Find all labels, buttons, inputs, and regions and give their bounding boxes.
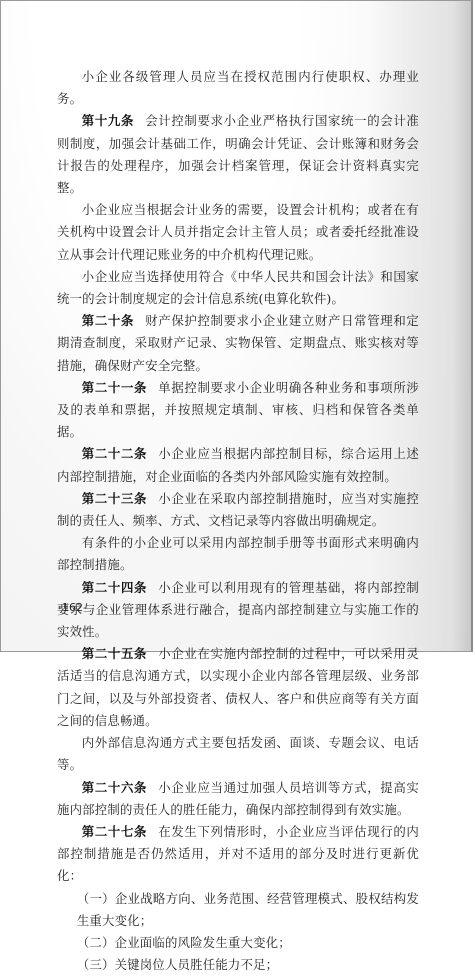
article-number: 第二十五条 bbox=[82, 646, 147, 654]
paragraph-text: 小企业应当根据会计业务的需要，设置会计机构；或者在有关机构中设置会计人员并指定会… bbox=[57, 202, 419, 261]
paragraph: 第二十五条小企业在实施内部控制的过程中，可以采用灵活适当的信息沟通方式，以实现小… bbox=[57, 643, 419, 654]
article-number: 第二十二条 bbox=[82, 446, 147, 461]
paragraph: 小企业应当选择使用符合《中华人民共和国会计法》和国家统一的会计制度规定的会计信息… bbox=[57, 266, 419, 310]
paragraph-text: 小企业各级管理人员应当在授权范围内行使职权、办理业务。 bbox=[57, 69, 419, 106]
paragraph: 有条件的小企业可以采用内部控制手册等书面形式来明确内部控制措施。 bbox=[57, 532, 419, 576]
article-number: 第十九条 bbox=[82, 113, 134, 128]
paragraph-text: 小企业应当选择使用符合《中华人民共和国会计法》和国家统一的会计制度规定的会计信息… bbox=[57, 269, 419, 306]
page-number: -162- bbox=[58, 601, 87, 614]
article-number: 第二十四条 bbox=[82, 580, 147, 595]
document-page: 小企业各级管理人员应当在授权范围内行使职权、办理业务。 第十九条会计控制要求小企… bbox=[0, 0, 473, 652]
paragraph: 第二十条财产保护控制要求小企业建立财产日常管理和定期清查制度，采取财产记录、实物… bbox=[57, 310, 419, 377]
article-number: 第二十三条 bbox=[82, 491, 147, 506]
article-number: 第二十条 bbox=[82, 313, 134, 328]
article-number: 第二十一条 bbox=[82, 380, 147, 395]
paragraph: 第二十一条单据控制要求小企业明确各种业务和事项所涉及的表单和票据，并按照规定填制… bbox=[57, 377, 419, 444]
page-body: 小企业各级管理人员应当在授权范围内行使职权、办理业务。 第十九条会计控制要求小企… bbox=[57, 66, 419, 654]
paragraph: 小企业应当根据会计业务的需要，设置会计机构；或者在有关机构中设置会计人员并指定会… bbox=[57, 199, 419, 266]
paragraph: 第十九条会计控制要求小企业严格执行国家统一的会计准则制度，加强会计基础工作，明确… bbox=[57, 110, 419, 199]
paragraph-text: 有条件的小企业可以采用内部控制手册等书面形式来明确内部控制措施。 bbox=[57, 535, 419, 572]
paragraph: 第二十三条小企业在采取内部控制措施时，应当对实施控制的责任人、频率、方式、文档记… bbox=[57, 488, 419, 532]
paragraph: 第二十二条小企业应当根据内部控制目标，综合运用上述内部控制措施，对企业面临的各类… bbox=[57, 443, 419, 487]
paragraph: 第二十四条小企业可以利用现有的管理基础，将内部控制要求与企业管理体系进行融合，提… bbox=[57, 577, 419, 644]
paragraph: 小企业各级管理人员应当在授权范围内行使职权、办理业务。 bbox=[57, 66, 419, 110]
